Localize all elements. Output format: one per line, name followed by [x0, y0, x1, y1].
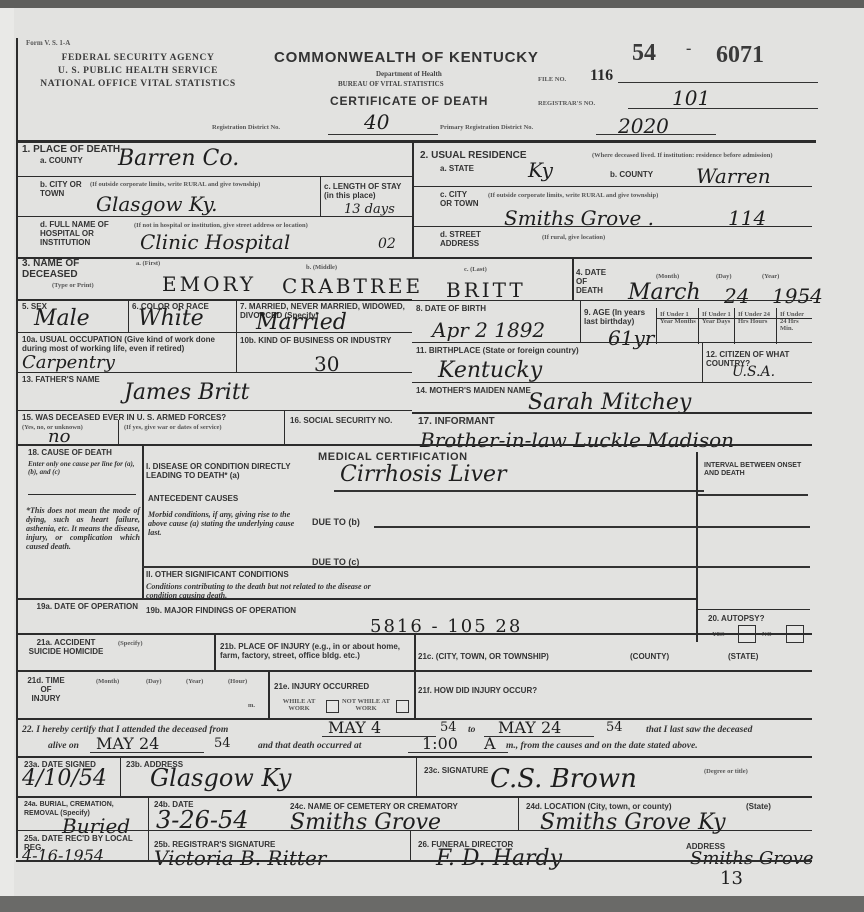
department: Department of Health	[376, 70, 442, 78]
county-label: a. COUNTY	[40, 156, 83, 165]
agency-block: FEDERAL SECURITY AGENCY U. S. PUBLIC HEA…	[18, 52, 258, 91]
institution-code: 02	[378, 236, 396, 252]
sex: Male	[34, 306, 90, 331]
agency-line-2: U. S. PUBLIC HEALTH SERVICE	[18, 65, 258, 78]
registrar-signature: Victoria B. Ritter	[154, 846, 326, 870]
how-injury-label: 21f. HOW DID INJURY OCCUR?	[418, 686, 537, 695]
file-no-label: FILE NO.	[538, 76, 566, 83]
city-label: b. CITY OR TOWN	[40, 180, 90, 198]
birth-date-label: 8. DATE OF BIRTH	[416, 304, 486, 313]
occupation-label: 10a. USUAL OCCUPATION (Give kind of work…	[22, 335, 236, 353]
res-county-label: b. COUNTY	[610, 170, 653, 179]
institution-label: d. FULL NAME OF HOSPITAL OR INSTITUTION	[40, 220, 132, 247]
res-city-note: (If outside corporate limits, write RURA…	[488, 192, 788, 199]
injury-county-label: (COUNTY)	[630, 652, 669, 661]
death-am-pm: A	[484, 734, 496, 753]
file-no: 116	[590, 67, 613, 85]
location-state-label: (State)	[746, 802, 771, 811]
place-of-death-label: 1. PLACE OF DEATH	[22, 144, 120, 155]
state-label: a. STATE	[440, 164, 474, 173]
birthplace: Kentucky	[438, 358, 542, 383]
operation-findings-label: 19b. MAJOR FINDINGS OF OPERATION	[146, 606, 296, 615]
stay-label: c. LENGTH OF STAY (in this place)	[324, 182, 408, 200]
operation-date-label: 19a. DATE OF OPERATION	[26, 602, 138, 611]
registration-district-label: Registration District No.	[212, 124, 280, 131]
stamp-number: 6071	[716, 42, 764, 69]
cause-note: Enter only one cause per line for (a), (…	[28, 460, 140, 476]
day-label: (Day)	[716, 273, 732, 280]
physician-address: Glasgow Ky	[150, 764, 291, 792]
scan-top-edge	[0, 0, 864, 8]
residence-state: Ky	[528, 158, 553, 182]
city-note: (If outside corporate limits, write RURA…	[90, 181, 320, 188]
father-name: James Britt	[124, 380, 250, 405]
attended-from-date: MAY 4	[328, 718, 381, 737]
attended-from-year: 54	[440, 720, 457, 735]
disease-condition-label: I. DISEASE OR CONDITION DIRECTLY LEADING…	[146, 462, 326, 480]
street-note: (If rural, give location)	[542, 234, 605, 241]
funeral-director: F. D. Hardy	[436, 846, 562, 871]
cert-line2-b: and that death occurred at	[258, 742, 361, 751]
last-name-label: c. (Last)	[464, 266, 487, 273]
degree-label: (Degree or title)	[704, 768, 748, 775]
antecedent-note: Morbid conditions, if any, giving rise t…	[148, 510, 300, 537]
time-of-injury-label: 21d. TIME OF INJURY	[26, 676, 66, 703]
father-name-label: 13. FATHER'S NAME	[22, 375, 100, 384]
director-address: Smiths Grove	[690, 848, 814, 869]
street-label: d. STREET ADDRESS	[440, 230, 490, 248]
death-county: Barren Co.	[118, 146, 239, 171]
type-or-print: (Type or Print)	[52, 282, 94, 289]
other-conditions-label: II. OTHER SIGNIFICANT CONDITIONS	[146, 570, 289, 579]
date-of-death-label: 4. DATE OF DEATH	[576, 268, 616, 295]
business-label: 10b. KIND OF BUSINESS OR INDUSTRY	[240, 336, 410, 345]
alive-on-year: 54	[214, 736, 231, 751]
while-at-work-label: WHILE AT WORK	[274, 698, 324, 712]
ssn-label: 16. SOCIAL SECURITY NO.	[290, 416, 408, 425]
cause-of-death-label: 18. CAUSE OF DEATH	[28, 448, 112, 457]
birth-date: Apr 2 1892	[432, 318, 545, 342]
certificate-title: CERTIFICATE OF DEATH	[330, 94, 488, 108]
time-month: (Month)	[96, 678, 119, 685]
time-day: (Day)	[146, 678, 162, 685]
cert-line1-b: that I last saw the deceased	[646, 726, 752, 735]
cert-line2-c: m., from the causes and on the date stat…	[506, 742, 698, 751]
death-month: March	[628, 280, 701, 305]
not-at-work-checkbox[interactable]	[396, 700, 409, 713]
time-year: (Year)	[186, 678, 203, 685]
scan-bottom-edge	[0, 896, 864, 912]
institution-name: Clinic Hospital	[140, 230, 290, 254]
injury-occurred-label: 21e. INJURY OCCURRED	[274, 682, 369, 691]
length-of-stay: 13 days	[344, 202, 395, 217]
accident-specify: (Specify)	[118, 640, 143, 647]
cert-line2-a: alive on	[48, 742, 79, 751]
death-day: 24	[724, 284, 749, 308]
due-to-b-label: DUE TO (b)	[312, 518, 360, 527]
bureau: BUREAU OF VITAL STATISTICS	[338, 80, 444, 88]
death-year: 1954	[772, 284, 823, 308]
res-city-label: c. CITY OR TOWN	[440, 190, 480, 208]
birthplace-label: 11. BIRTHPLACE (State or foreign country…	[416, 346, 579, 355]
time-hour: (Hour)	[228, 678, 247, 685]
time-m: m.	[248, 702, 255, 709]
armed-forces-label: 15. WAS DECEASED EVER IN U. S. ARMED FOR…	[22, 413, 282, 422]
form-number: Form V. S. 1-A	[26, 40, 70, 47]
age-min-label: If Under 24 Hrs Min.	[780, 311, 812, 332]
death-time: 1:00	[422, 734, 458, 753]
signature-label: 23c. SIGNATURE	[424, 766, 488, 775]
physician-signature: C.S. Brown	[490, 764, 637, 794]
date-received: 4-16-1954	[22, 846, 104, 865]
accident-label: 21a. ACCIDENT SUICIDE HOMICIDE	[26, 638, 106, 656]
document-title: COMMONWEALTH OF KENTUCKY	[274, 49, 539, 66]
director-code: 13	[720, 868, 743, 889]
attended-to-date: MAY 24	[498, 718, 561, 737]
alive-on-date: MAY 24	[96, 734, 159, 753]
agency-line-3: NATIONAL OFFICE VITAL STATISTICS	[18, 78, 258, 91]
first-name: EMORY	[162, 272, 256, 296]
month-label: (Month)	[656, 273, 679, 280]
registrars-no-label: REGISTRAR'S NO.	[538, 100, 595, 107]
informant: Brother-in-law Luckle Madison	[420, 428, 734, 452]
burial-location: Smiths Grove Ky	[540, 810, 726, 835]
middle-name-label: b. (Middle)	[306, 264, 337, 271]
informant-label: 17. INFORMANT	[418, 416, 495, 427]
not-at-work-label: NOT WHILE AT WORK	[340, 698, 392, 712]
footnote: *This does not mean the mode of dying, s…	[26, 506, 140, 551]
agency-line-1: FEDERAL SECURITY AGENCY	[18, 52, 258, 65]
age-label: 9. AGE (In years last birthday)	[584, 308, 648, 326]
middle-name: CRABTREE	[282, 274, 423, 298]
mother-name-label: 14. MOTHER'S MAIDEN NAME	[416, 386, 531, 395]
autopsy-label: 20. AUTOPSY?	[708, 614, 764, 623]
interval-label: INTERVAL BETWEEN ONSET AND DEATH	[704, 462, 808, 478]
date-signed: 4/10/54	[22, 766, 107, 791]
name-of-deceased-label: 3. NAME OF DECEASED	[22, 258, 132, 280]
age: 61yr	[608, 326, 654, 350]
antecedent-label: ANTECEDENT CAUSES	[148, 494, 238, 503]
cause-a: Cirrhosis Liver	[340, 462, 507, 487]
cemetery-name: Smiths Grove	[290, 810, 441, 835]
race: White	[138, 306, 204, 331]
death-city: Glasgow Ky.	[96, 192, 218, 216]
residence-county: Warren	[696, 164, 771, 188]
usual-residence-label: 2. USUAL RESIDENCE	[420, 150, 527, 161]
institution-note: (If not in hospital or institution, give…	[134, 222, 404, 229]
registrars-no: 101	[672, 86, 710, 110]
first-name-label: a. (First)	[136, 260, 160, 267]
primary-district-label: Primary Registration District No.	[440, 124, 533, 131]
occupation: Carpentry	[22, 352, 115, 373]
citizenship: U.S.A.	[732, 364, 775, 380]
registration-district-no: 40	[364, 110, 389, 134]
year-label: (Year)	[762, 273, 779, 280]
residence-note: (Where deceased lived. If institution: r…	[592, 152, 812, 159]
place-of-injury-label: 21b. PLACE OF INJURY (e.g., in or about …	[220, 642, 410, 660]
injury-state-label: (STATE)	[728, 652, 758, 661]
injury-city-label: 21c. (CITY, TOWN, OR TOWNSHIP)	[418, 652, 549, 661]
stamp-year: 54	[632, 40, 656, 67]
stamp-dash: -	[686, 40, 691, 58]
while-at-work-checkbox[interactable]	[326, 700, 339, 713]
attended-to-year: 54	[606, 720, 623, 735]
last-name: BRITT	[446, 278, 526, 302]
to-label: to	[468, 726, 475, 735]
armed-note-war: (If yes, give war or dates of service)	[124, 424, 284, 431]
